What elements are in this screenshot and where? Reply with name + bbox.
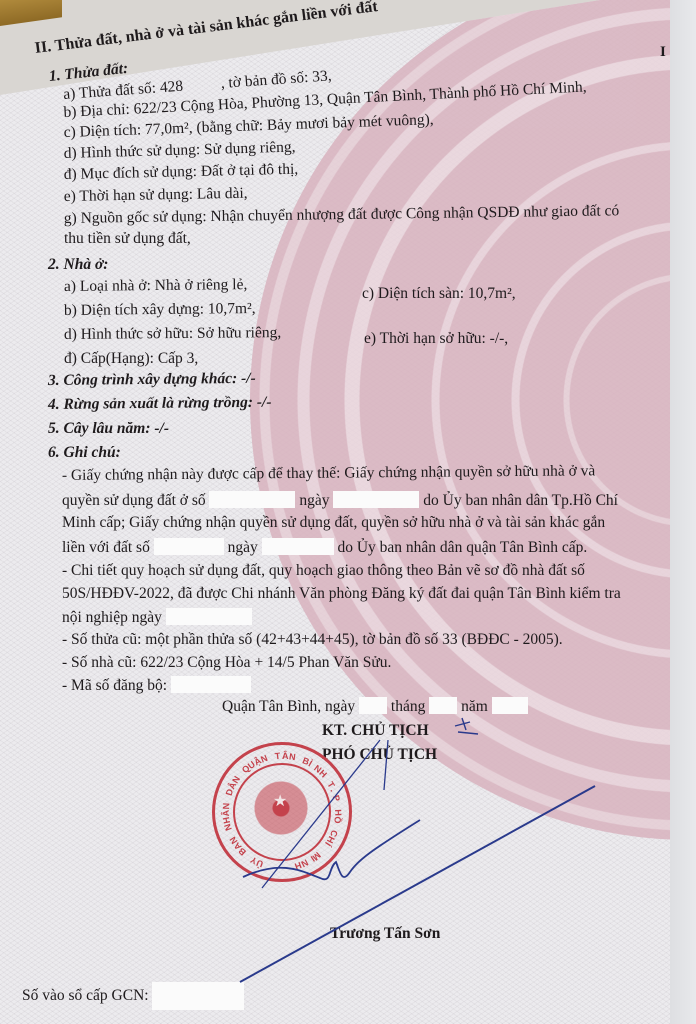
stamp-text: ỦY BAN NHÂN DÂN QUẬN TÂN BÌNH T.P HỒ CHÍ…	[215, 745, 349, 879]
note2-line3: nội nghiệp ngày	[62, 608, 252, 627]
usage-purpose: đ) Mục đích sử dụng: Đất ở tại đô thị,	[64, 161, 299, 184]
note1-line1: - Giấy chứng nhận này được cấp để thay t…	[62, 462, 596, 485]
note1-line2: quyền sử dụng đất ở số ngày do Ủy ban nh…	[62, 491, 618, 510]
place-date-a: Quận Tân Bình, ngày	[222, 698, 355, 715]
house-grade: đ) Cấp(Hạng): Cấp 3,	[64, 350, 198, 368]
redacted-date	[333, 491, 419, 508]
note1-line4-text-c: do Ủy ban nhân dân quận Tân Bình cấp.	[337, 539, 587, 556]
ownership-term: e) Thời hạn sở hữu: -/-,	[364, 330, 508, 348]
section-title: II. Thửa đất, nhà ở và tài sản khác gắn …	[34, 0, 379, 58]
note2-line2: 50S/HĐĐV-2022, đã được Chi nhánh Văn phò…	[62, 585, 621, 603]
build-area: b) Diện tích xây dựng: 10,7m²,	[64, 300, 256, 320]
note1-line4: liền với đất số ngày do Ủy ban nhân dân …	[62, 538, 587, 557]
page-marker: I	[660, 44, 666, 61]
redacted-registry-number	[152, 982, 244, 1010]
redacted-registry-code	[171, 676, 251, 693]
redacted-date	[262, 538, 334, 555]
floor-area: c) Diện tích sàn: 10,7m²,	[362, 285, 516, 303]
note4-old-house-number: - Số nhà cũ: 622/23 Cộng Hòa + 14/5 Phan…	[62, 654, 391, 672]
signer-title-1: KT. CHỦ TỊCH	[322, 722, 429, 740]
redacted-certificate-number	[209, 491, 295, 508]
usage-form: d) Hình thức sử dụng: Sử dụng riêng,	[63, 139, 295, 163]
place-date-c: năm	[461, 698, 488, 715]
note2-line1: - Chi tiết quy hoạch sử dụng đất, quy ho…	[62, 562, 585, 580]
registry-number: Số vào sổ cấp GCN:	[22, 982, 244, 1010]
redacted-year	[492, 697, 528, 714]
note1-line3: Minh cấp; Giấy chứng nhận quyền sử dụng …	[62, 514, 605, 532]
note5-text: - Mã số đăng bộ:	[62, 677, 167, 694]
redacted-date	[166, 608, 252, 625]
house-heading: 2. Nhà ở:	[48, 256, 108, 274]
signer-name: Trương Tấn Sơn	[330, 925, 440, 943]
official-red-stamp: ★ ỦY BAN NHÂN DÂN QUẬN TÂN BÌNH T.P HỒ C…	[212, 742, 352, 882]
note3-old-parcel: - Số thửa cũ: một phần thửa số (42+43+44…	[62, 631, 563, 649]
note1-line2-text-b: ngày	[299, 492, 329, 509]
note2-line3-text: nội nghiệp ngày	[62, 609, 162, 626]
usage-origin-line2: thu tiền sử dụng đất,	[64, 230, 191, 248]
place-date-b: tháng	[391, 698, 425, 715]
redacted-day	[359, 697, 387, 714]
usage-origin-line1: g) Nguồn gốc sử dụng: Nhận chuyển nhượng…	[64, 202, 620, 228]
map-sheet: , tờ bản đồ số: 33,	[220, 67, 332, 92]
note1-line2-text-c: do Ủy ban nhân dân Tp.Hồ Chí	[423, 492, 618, 509]
note1-line4-text-a: liền với đất số	[62, 539, 150, 556]
note1-line4-text-b: ngày	[228, 539, 258, 556]
note1-line2-text-a: quyền sử dụng đất ở số	[62, 492, 206, 509]
certificate-content: I II. Thửa đất, nhà ở và tài sản khác gắ…	[0, 0, 696, 1024]
other-construction: 3. Công trình xây dựng khác: -/-	[48, 370, 256, 390]
ownership-form: d) Hình thức sở hữu: Sở hữu riêng,	[64, 324, 281, 344]
redacted-month	[429, 697, 457, 714]
place-date: Quận Tân Bình, ngày tháng năm	[222, 697, 528, 716]
house-type: a) Loại nhà ở: Nhà ở riêng lẻ,	[64, 276, 248, 296]
redacted-certificate-number	[154, 538, 224, 555]
notes-heading: 6. Ghi chú:	[48, 444, 121, 462]
production-forest: 4. Rừng sản xuất là rừng trồng: -/-	[48, 394, 272, 414]
registry-label: Số vào sổ cấp GCN:	[22, 987, 149, 1004]
usage-term: e) Thời hạn sử dụng: Lâu dài,	[64, 185, 248, 206]
note5-registry-code: - Mã số đăng bộ:	[62, 676, 251, 695]
perennial-trees: 5. Cây lâu năm: -/-	[48, 420, 169, 438]
